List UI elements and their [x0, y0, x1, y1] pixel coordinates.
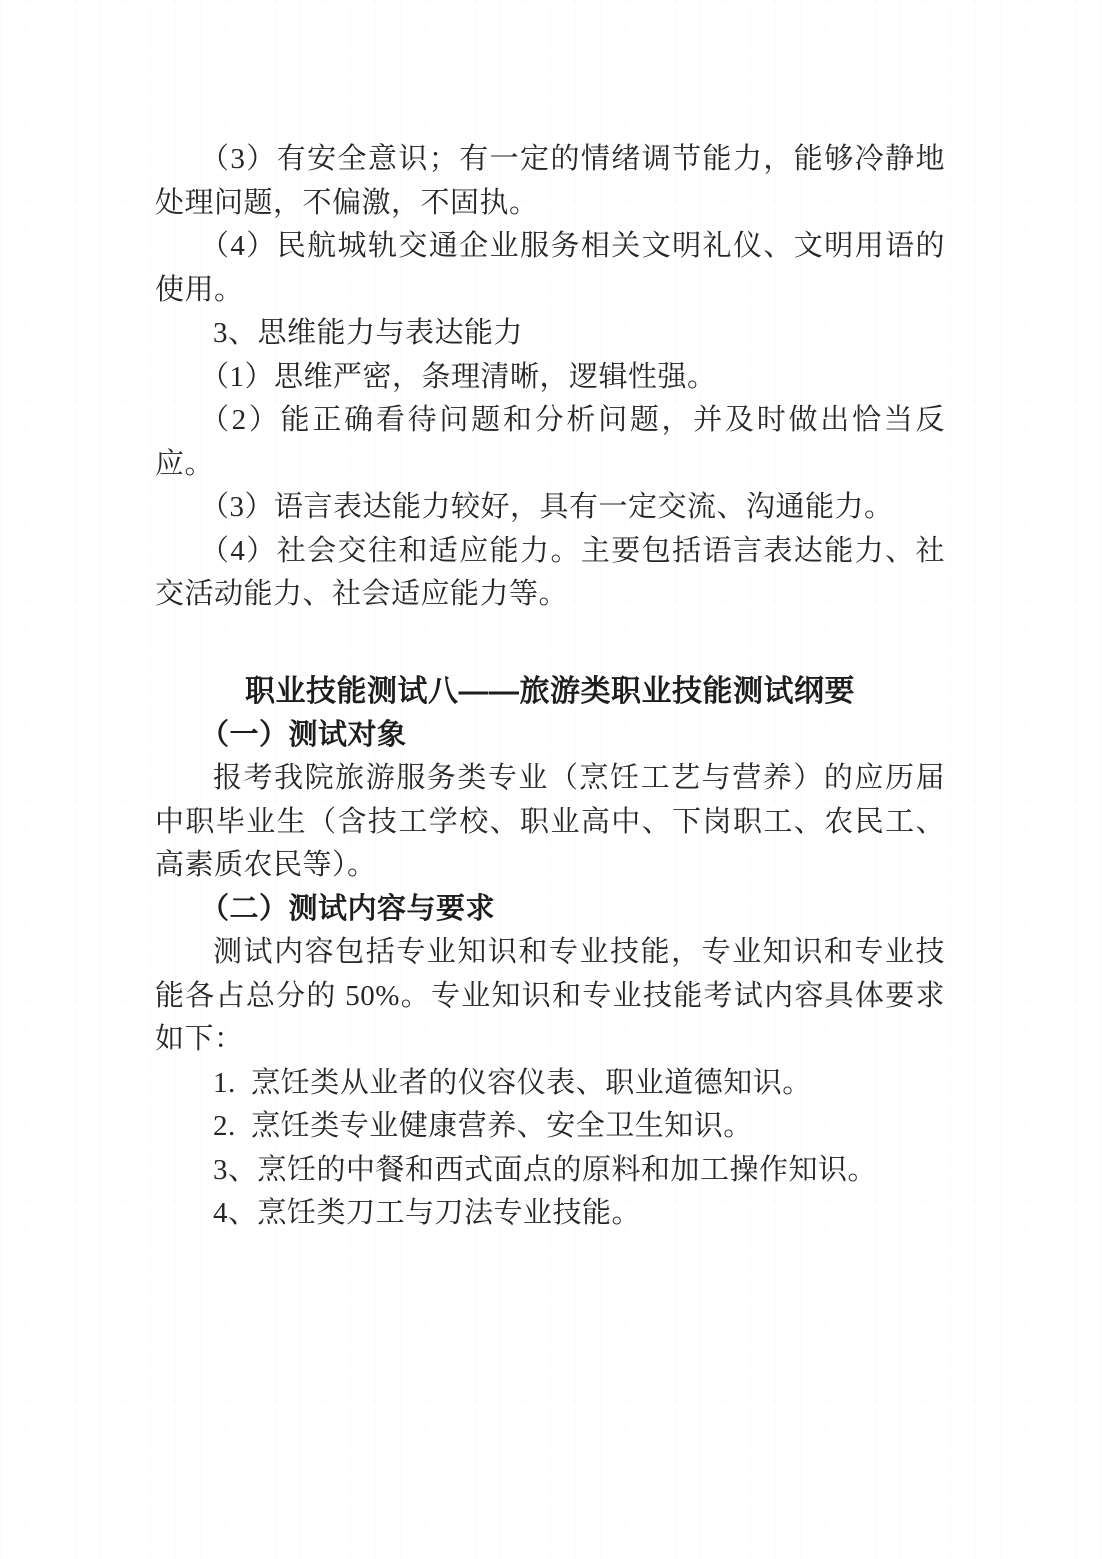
list-item-health-nutrition-safety: 2. 烹饪类专业健康营养、安全卫生知识。 — [155, 1105, 945, 1149]
subsection-heading-test-content-requirements: （二）测试内容与要求 — [155, 888, 945, 932]
document-page: （3）有安全意识；有一定的情绪调节能力，能够冷静地处理问题，不偏激，不固执。 （… — [0, 0, 1102, 1559]
paragraph-test-content-overview: 测试内容包括专业知识和专业技能，专业知识和专业技能各占总分的 50%。专业知识和… — [155, 931, 945, 1062]
paragraph-test-subjects: 报考我院旅游服务类专业（烹饪工艺与营养）的应历届中职毕业生（含技工学校、职业高中… — [155, 757, 945, 888]
paragraph-civil-aviation-etiquette: （4）民航城轨交通企业服务相关文明礼仪、文明用语的使用。 — [155, 225, 945, 312]
list-item-appearance-ethics: 1. 烹饪类从业者的仪容仪表、职业道德知识。 — [155, 1062, 945, 1106]
paragraph-safety-awareness: （3）有安全意识；有一定的情绪调节能力，能够冷静地处理问题，不偏激，不固执。 — [155, 138, 945, 225]
document-content: （3）有安全意识；有一定的情绪调节能力，能够冷静地处理问题，不偏激，不固执。 （… — [0, 0, 1102, 1236]
list-item-knife-skills: 4、烹饪类刀工与刀法专业技能。 — [155, 1192, 945, 1236]
heading-thinking-expression-ability: 3、思维能力与表达能力 — [155, 312, 945, 356]
paragraph-social-adaptation: （4）社会交往和适应能力。主要包括语言表达能力、社交活动能力、社会适应能力等。 — [155, 530, 945, 617]
paragraph-analyze-problems: （2）能正确看待问题和分析问题，并及时做出恰当反应。 — [155, 399, 945, 486]
subsection-heading-test-subjects: （一）测试对象 — [155, 714, 945, 758]
list-item-chinese-western-pastry-knowledge: 3、烹饪的中餐和西式面点的原料和加工操作知识。 — [155, 1149, 945, 1193]
section-title-vocational-skill-test-8: 职业技能测试八——旅游类职业技能测试纲要 — [155, 669, 945, 714]
paragraph-language-expression: （3）语言表达能力较好，具有一定交流、沟通能力。 — [155, 486, 945, 530]
paragraph-rigorous-thinking: （1）思维严密，条理清晰，逻辑性强。 — [155, 356, 945, 400]
